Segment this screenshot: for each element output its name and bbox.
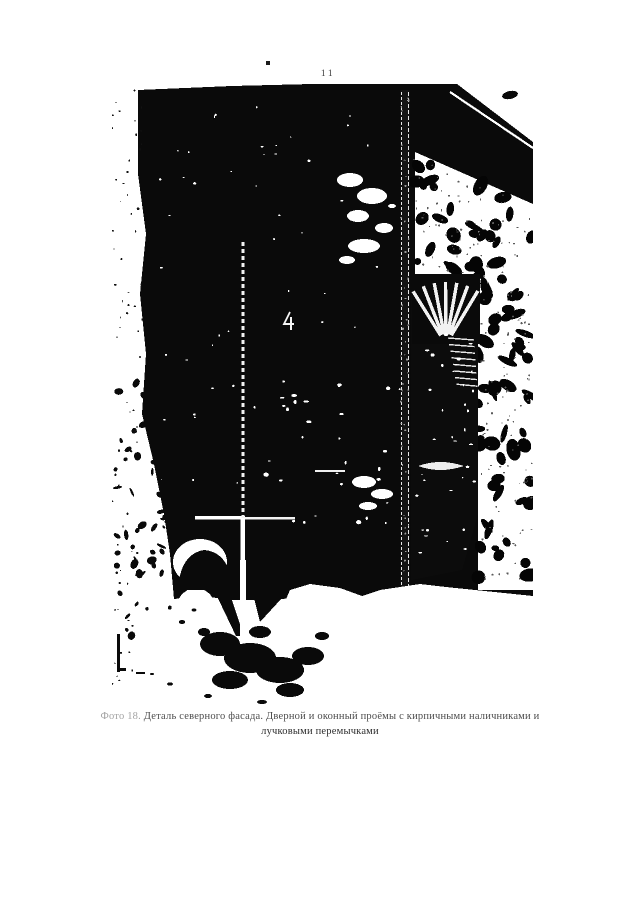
caption-line-2: лучковыми перемычками (40, 724, 600, 739)
ink-speck (266, 61, 270, 65)
facade-photograph (112, 84, 533, 712)
scanned-document-page: 11 (0, 0, 640, 905)
caption-photo-number: Фото 18. (100, 711, 140, 722)
photo-caption: Фото 18. Деталь северного фасада. Дверно… (40, 709, 600, 739)
pole-bottom-bright (240, 560, 246, 640)
caption-line-1: Фото 18. Деталь северного фасада. Дверно… (40, 709, 600, 724)
scaffold-pole (401, 90, 410, 588)
facade-photo-artwork (112, 84, 533, 712)
caption-line-1-text: Деталь северного фасада. Дверной и оконн… (141, 711, 540, 722)
page-number: 11 (0, 69, 640, 79)
